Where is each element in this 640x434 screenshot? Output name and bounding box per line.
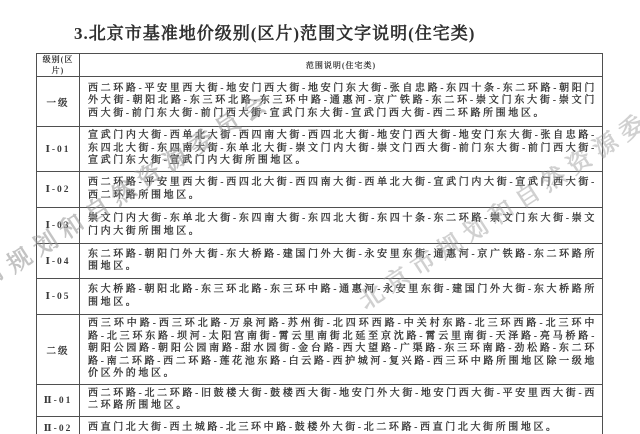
row-description: 西三环中路-西三环北路-万泉河路-苏州街-北四环西路-中关村东路-北三环西路-北… (80, 315, 603, 385)
row-description: 西二环路-平安里西大街-地安门西大街-地安门东大街-张自忠路-东四十条-东二环路… (80, 77, 603, 127)
row-description: 西二环路-平安里西大街-西四北大街-西四南大街-西单北大街-宣武门内大街-宣武门… (80, 172, 603, 208)
row-level-label: Ⅱ-01 (37, 385, 80, 417)
row-level-label: Ⅰ-04 (37, 244, 80, 279)
table-row: 一级西二环路-平安里西大街-地安门西大街-地安门东大街-张自忠路-东四十条-东二… (37, 77, 603, 127)
table-row: Ⅱ-02西直门北大街-西土城路-北三环中路-鼓楼外大街-北二环路-西直门北大街所… (37, 416, 603, 434)
header-description-column: 范围说明(住宅类) (80, 54, 603, 77)
table-row: Ⅱ-01西二环路-北二环路-旧鼓楼大街-鼓楼西大街-地安门外大街-地安门西大街-… (37, 385, 603, 417)
row-description: 东大桥路-朝阳北路-东三环北路-东三环中路-通惠河-永安里东街-建国门外大街-东… (80, 279, 603, 315)
row-level-label: 一级 (37, 77, 80, 127)
row-description: 东二环路-朝阳门外大街-东大桥路-建国门外大街-永安里东街-通惠河-京广铁路-东… (80, 244, 603, 279)
table-row: Ⅰ-01宣武门内大街-西单北大街-西四南大街-西四北大街-地安门西大街-地安门东… (37, 127, 603, 172)
header-level-column: 级别(区片) (37, 54, 80, 77)
row-description: 崇文门内大街-东单北大街-东四南大街-东四北大街-东四十条-东二环路-崇文门东大… (80, 208, 603, 244)
row-level-label: 二级 (37, 315, 80, 385)
page-title: 3.北京市基准地价级别(区片)范围文字说明(住宅类) (74, 19, 475, 44)
row-description: 宣武门内大街-西单北大街-西四南大街-西四北大街-地安门西大街-地安门东大街-张… (80, 127, 603, 172)
table-row: Ⅰ-02西二环路-平安里西大街-西四北大街-西四南大街-西单北大街-宣武门内大街… (37, 172, 603, 208)
table-body: 一级西二环路-平安里西大街-地安门西大街-地安门东大街-张自忠路-东四十条-东二… (37, 77, 603, 434)
table-header-row: 级别(区片) 范围说明(住宅类) (37, 54, 603, 77)
row-level-label: Ⅰ-05 (37, 279, 80, 315)
row-level-label: Ⅰ-02 (37, 172, 80, 208)
document-page: 北京市规划和自然资源委员会 北京市规划和自然资源委员会 3.北京市基准地价级别(… (0, 0, 640, 434)
row-level-label: Ⅰ-03 (37, 208, 80, 244)
row-description: 西直门北大街-西土城路-北三环中路-鼓楼外大街-北二环路-西直门北大街所围地区。 (80, 416, 603, 434)
land-price-table: 级别(区片) 范围说明(住宅类) 一级西二环路-平安里西大街-地安门西大街-地安… (36, 53, 603, 434)
table-row: Ⅰ-03崇文门内大街-东单北大街-东四南大街-东四北大街-东四十条-东二环路-崇… (37, 208, 603, 244)
table-row: 二级西三环中路-西三环北路-万泉河路-苏州街-北四环西路-中关村东路-北三环西路… (37, 315, 603, 385)
table-row: Ⅰ-04东二环路-朝阳门外大街-东大桥路-建国门外大街-永安里东街-通惠河-京广… (37, 244, 603, 279)
row-description: 西二环路-北二环路-旧鼓楼大街-鼓楼西大街-地安门外大街-地安门西大街-平安里西… (80, 385, 603, 417)
table-row: Ⅰ-05东大桥路-朝阳北路-东三环北路-东三环中路-通惠河-永安里东街-建国门外… (37, 279, 603, 315)
row-level-label: Ⅰ-01 (37, 127, 80, 172)
row-level-label: Ⅱ-02 (37, 416, 80, 434)
